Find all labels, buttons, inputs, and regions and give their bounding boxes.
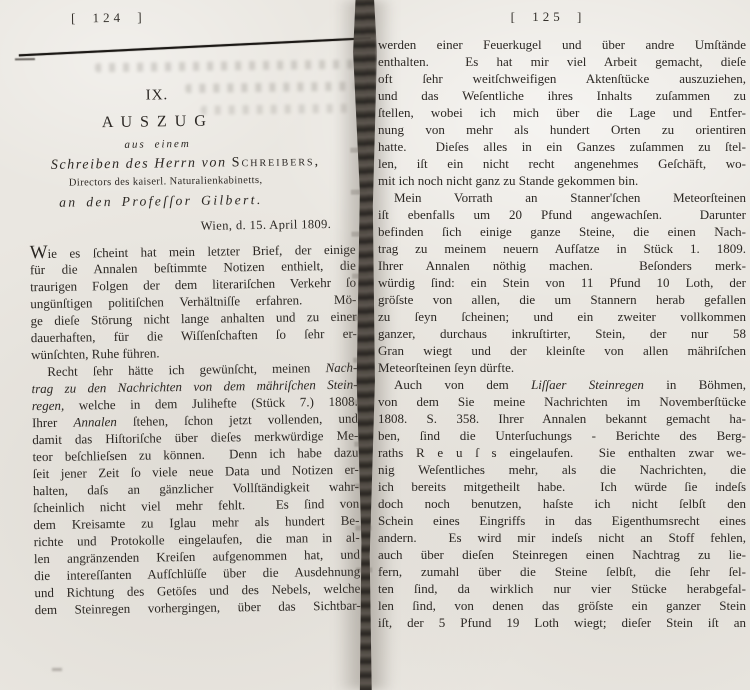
text-segment: befinden ſich einige ganze Steine, die e… [378,224,746,239]
page-number-left: [ 124 ] [14,0,202,27]
text-segment: Auch von dem [394,377,531,392]
dateline: Wien, d. 15. April 1809. [17,217,355,237]
page-124: [ 124 ] IX. A U S Z U G aus einem Schrei… [14,0,362,690]
text-segment: Meteorſteinen ſeyn dürfte. [378,360,514,375]
text-segment: Mein Vorrath an Stanner'ſchen Meteorſtei… [394,190,746,205]
paper-speck [52,668,62,671]
subtitle-addressee: an den Profeſſor Gilbert. [17,191,305,211]
text-segment: wünſchten, Ruhe führen. [31,345,160,362]
text-segment: nung von mehr als hundert Orten zu orien… [378,122,746,137]
text-line: Meteorſteinen ſeyn dürfte. [378,359,746,376]
text-line: und das Weſentliche ihres Inhalts zuſamm… [378,87,746,104]
text-line: iſt ebenfalls um 20 Pfund angewachſen. D… [378,206,746,223]
text-segment: in Böhmen, [644,377,746,392]
text-segment: regen, [32,398,65,413]
text-segment: Gran wiegt und der kleinſte von allen mä… [378,343,746,358]
text-segment: Ihrer [32,415,74,431]
text-segment: len, iſt ein nicht recht angenehmes Geſc… [378,156,746,171]
text-line: doch noch benutzen, haſste ich nicht ſel… [378,495,746,512]
text-line: ten ſind, da wirklich nur vier Stücke he… [378,580,746,597]
text-segment: iſt, der 5 Pfund 19 Loth wiegt; dieſer S… [378,615,746,630]
text-line: 1808. S. 358. Ihrer Annalen bekannt gema… [378,410,746,427]
text-segment: ben, ſind die Unterſuchungs - Berichte d… [378,428,746,443]
text-line: raths R e u ſ s eingelaufen. Sie enthalt… [378,444,746,461]
text-line: Gran wiegt und der kleinſte von allen mä… [378,342,746,359]
text-segment: dauerhaften, für die Wiſſenſchaften ſo ſ… [31,326,357,346]
text-segment: raths R e u ſ s eingelaufen. Sie enthalt… [378,445,746,460]
text-line: iſt, der 5 Pfund 19 Loth wiegt; dieſer S… [378,614,746,631]
subtitle-directors: Directors des kaiserl. Naturalienkabinet… [17,174,315,189]
text-line: oft ſehr weitſchweifigen Aktenſtücke aus… [378,70,746,87]
text-line: befinden ſich einige ganze Steine, die e… [378,223,746,240]
subtitle-aus-einem: aus einem [16,136,299,152]
page-125: [ 125 ] werden einer Feuerkugel und über… [372,0,750,690]
text-segment: werden einer Feuerkugel und über andre U… [378,37,746,52]
text-line: auch über dieſen Steinregen einen Nachtr… [378,546,746,563]
subtitle-schreiben: Schreiben des Herrn von Schreibers, [16,154,354,175]
text-line: ich bereits mitgetheilt habe. Ich würde … [378,478,746,495]
text-segment: ganzer, durchaus inkruſtirter, Stein, de… [378,326,746,341]
text-segment: doch noch benutzen, haſste ich nicht ſel… [378,496,746,511]
text-line: dem Steinregen vorhergingen, über das Si… [35,597,361,619]
text-segment: würdig ſind: ein Stein von 11 Pfund 10 L… [378,275,746,290]
text-segment: von dem Sie meine Nachrichten im Novembe… [378,394,746,409]
text-segment: len ſind, von denen das gröſste ein ganz… [378,598,746,613]
text-segment: und das Weſentliche ihres Inhalts zuſamm… [378,88,746,103]
text-line: andern. Es wird mir indeſs nicht an Stof… [378,529,746,546]
text-segment: ſtellen, wobei ich mich über die Lage un… [378,105,746,120]
text-line: werden einer Feuerkugel und über andre U… [378,36,746,53]
text-line: ſtellen, wobei ich mich über die Lage un… [378,104,746,121]
text-line: Mein Vorrath an Stanner'ſchen Meteorſtei… [378,189,746,206]
header-rule-divider [19,37,371,56]
text-segment: enthalten. Es hat mir viel Arbeit gemach… [378,54,746,69]
text-segment: fern, zumahl über die Steine ſelbſt, die… [378,564,746,579]
text-segment: ich bereits mitgetheilt habe. Ich würde … [378,479,746,494]
text-line: zu ſeyn ſcheinen; und ein zweiter vollko… [378,308,746,325]
text-line: trag zu meinem neuern Aufſatze in Stück … [378,240,746,257]
text-line: len ſind, von denen das gröſste ein ganz… [378,597,746,614]
text-segment: dem Steinregen vorhergingen, über das Si… [35,598,361,618]
text-segment: andern. Es wird mir indeſs nicht an Stof… [378,530,746,545]
subtitle-schreiben-prefix: Schreiben des Herrn von [51,155,232,173]
text-line: enthalten. Es hat mir viel Arbeit gemach… [378,53,746,70]
text-line: nig Weſentliches mehr, als die Nachricht… [378,461,746,478]
text-segment: Ihrer Annalen nöthig machen. Beſonders m… [378,258,746,273]
edge-mark [15,58,35,60]
text-segment: Schein eines Eingriffs in das Eigenthums… [378,513,746,528]
author-name: Schreibers, [232,154,320,170]
text-segment: Annalen [73,414,117,430]
text-line: ganzer, durchaus inkruſtirter, Stein, de… [378,325,746,342]
text-segment: iſt ebenfalls um 20 Pfund angewachſen. D… [378,207,746,222]
text-line: mit ich noch nicht ganz zu Stande gekomm… [378,172,746,189]
text-line: hatte. Dieſes alles in ein Ganzes zuſamm… [378,138,746,155]
text-segment: Liſſaer Steinregen [531,377,644,392]
section-number: IX. [15,85,298,106]
text-segment: W [30,242,48,261]
article-header: IX. A U S Z U G aus einem Schreiben des … [15,85,355,237]
text-segment: oft ſehr weitſchweifigen Aktenſtücke aus… [378,71,746,86]
text-line: fern, zumahl über die Steine ſelbſt, die… [378,563,746,580]
text-segment: hatte. Dieſes alles in ein Ganzes zuſamm… [378,139,746,154]
text-line: würdig ſind: ein Stein von 11 Pfund 10 L… [378,274,746,291]
text-line: von dem Sie meine Nachrichten im Novembe… [378,393,746,410]
journal-scan: [ 124 ] IX. A U S Z U G aus einem Schrei… [0,0,750,690]
text-segment: trag zu meinem neuern Aufſatze in Stück … [378,241,746,256]
article-title: A U S Z U G [16,111,294,133]
text-line: gröſste von allen, die um Stannern herab… [378,291,746,308]
body-text-left: Wie es ſcheint hat mein letzter Brief, d… [30,240,361,619]
text-line: ben, ſind die Unterſuchungs - Berichte d… [378,427,746,444]
text-line: nung von mehr als hundert Orten zu orien… [378,121,746,138]
text-segment: auch über dieſen Steinregen einen Nachtr… [378,547,746,562]
text-line: Schein eines Eingriffs in das Eigenthums… [378,512,746,529]
text-line: Auch von dem Liſſaer Steinregen in Böhme… [378,376,746,393]
text-line: Ihrer Annalen nöthig machen. Beſonders m… [378,257,746,274]
bleedthrough-smudge [95,60,357,73]
text-segment: ten ſind, da wirklich nur vier Stücke he… [378,581,746,596]
text-segment: gröſste von allen, die um Stannern herab… [378,292,746,307]
text-line: len, iſt ein nicht recht angenehmes Geſc… [378,155,746,172]
body-text-right: werden einer Feuerkugel und über andre U… [378,36,746,631]
text-segment: mit ich noch nicht ganz zu Stande gekomm… [378,173,638,188]
text-segment: nig Weſentliches mehr, als die Nachricht… [378,462,746,477]
page-number-right: [ 125 ] [376,0,720,25]
text-segment: 1808. S. 358. Ihrer Annalen bekannt gema… [378,411,746,426]
text-segment: zu ſeyn ſcheinen; und ein zweiter vollko… [378,309,746,324]
